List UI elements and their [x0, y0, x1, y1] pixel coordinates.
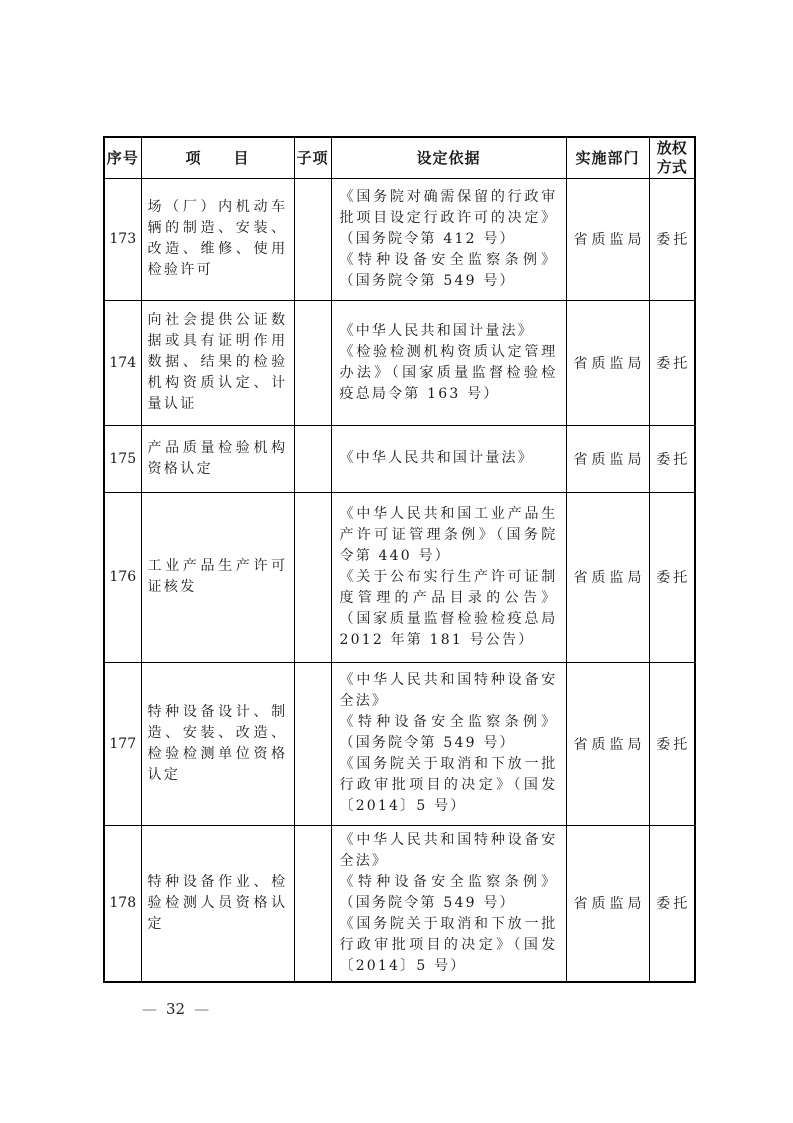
cell-basis: 《中华人民共和国特种设备安全法》 《特种设备安全监察条例》（国务院令第 549 …: [331, 825, 566, 982]
basis-paragraph: 《特种设备安全监察条例》（国务院令第 549 号）: [340, 872, 558, 914]
cell-department: 省质监局: [566, 425, 649, 492]
basis-paragraph: 《国务院关于取消和下放一批行政审批项目的决定》（国发〔2014〕5 号）: [340, 754, 558, 817]
cell-project: 工业产品生产许可证核发: [141, 492, 294, 662]
cell-project: 向社会提供公证数据或具有证明作用数据、结果的检验机构资质认定、计量认证: [141, 300, 294, 425]
basis-paragraph: 《中华人民共和国特种设备安全法》: [340, 830, 558, 872]
cell-no: 174: [104, 300, 141, 425]
cell-project: 特种设备作业、检验检测人员资格认定: [141, 825, 294, 982]
cell-basis: 《中华人民共和国特种设备安全法》 《特种设备安全监察条例》（国务院令第 549 …: [331, 662, 566, 825]
cell-department: 省质监局: [566, 178, 649, 300]
basis-paragraph: 《中华人民共和国计量法》: [340, 321, 558, 342]
basis-paragraph: 《中华人民共和国工业产品生产许可证管理条例》（国务院令第 440 号）: [340, 504, 558, 567]
cell-project: 产品质量检验机构资格认定: [141, 425, 294, 492]
basis-paragraph: 《特种设备安全监察条例》（国务院令第 549 号）: [340, 250, 558, 292]
table-row: 175 产品质量检验机构资格认定 《中华人民共和国计量法》 省质监局 委托: [104, 425, 695, 492]
basis-paragraph: 《国务院对确需保留的行政审批项目设定行政许可的决定》（国务院令第 412 号）: [340, 187, 558, 250]
cell-no: 173: [104, 178, 141, 300]
col-header-method: 放权 方式: [649, 137, 695, 178]
col-header-no: 序号: [104, 137, 141, 178]
footer-right-dash: —: [194, 1000, 209, 1018]
cell-basis: 《中华人民共和国计量法》 《检验检测机构资质认定管理办法》（国家质量监督检验检疫…: [331, 300, 566, 425]
cell-basis: 《国务院对确需保留的行政审批项目设定行政许可的决定》（国务院令第 412 号） …: [331, 178, 566, 300]
cell-subitem: [294, 178, 331, 300]
cell-method: 委托: [649, 425, 695, 492]
table-row: 173 场（厂）内机动车辆的制造、安装、改造、维修、使用检验许可 《国务院对确需…: [104, 178, 695, 300]
cell-department: 省质监局: [566, 492, 649, 662]
cell-department: 省质监局: [566, 300, 649, 425]
cell-no: 177: [104, 662, 141, 825]
cell-subitem: [294, 492, 331, 662]
cell-subitem: [294, 425, 331, 492]
col-header-project: 项 目: [141, 137, 294, 178]
basis-paragraph: 《国务院关于取消和下放一批行政审批项目的决定》（国发〔2014〕5 号）: [340, 914, 558, 977]
cell-no: 176: [104, 492, 141, 662]
cell-no: 178: [104, 825, 141, 982]
table-row: 176 工业产品生产许可证核发 《中华人民共和国工业产品生产许可证管理条例》（国…: [104, 492, 695, 662]
table-row: 178 特种设备作业、检验检测人员资格认定 《中华人民共和国特种设备安全法》 《…: [104, 825, 695, 982]
cell-no: 175: [104, 425, 141, 492]
table-row: 177 特种设备设计、制造、安装、改造、检验检测单位资格认定 《中华人民共和国特…: [104, 662, 695, 825]
delegation-items-table: 序号 项 目 子项 设定依据 实施部门 放权 方式 173 场（厂）内机动车辆的…: [103, 136, 696, 983]
cell-basis: 《中华人民共和国工业产品生产许可证管理条例》（国务院令第 440 号） 《关于公…: [331, 492, 566, 662]
basis-paragraph: 《检验检测机构资质认定管理办法》（国家质量监督检验检疫总局令第 163 号）: [340, 342, 558, 405]
cell-method: 委托: [649, 662, 695, 825]
table-row: 174 向社会提供公证数据或具有证明作用数据、结果的检验机构资质认定、计量认证 …: [104, 300, 695, 425]
basis-paragraph: 《中华人民共和国计量法》: [340, 448, 558, 469]
cell-subitem: [294, 825, 331, 982]
page-number: 32: [166, 1000, 185, 1018]
cell-method: 委托: [649, 300, 695, 425]
footer-left-dash: —: [142, 1000, 157, 1018]
cell-method: 委托: [649, 178, 695, 300]
col-header-subitem: 子项: [294, 137, 331, 178]
cell-subitem: [294, 662, 331, 825]
basis-paragraph: 《中华人民共和国特种设备安全法》: [340, 670, 558, 712]
cell-project: 特种设备设计、制造、安装、改造、检验检测单位资格认定: [141, 662, 294, 825]
cell-department: 省质监局: [566, 662, 649, 825]
cell-subitem: [294, 300, 331, 425]
table-header-row: 序号 项 目 子项 设定依据 实施部门 放权 方式: [104, 137, 695, 178]
cell-method: 委托: [649, 492, 695, 662]
col-header-basis: 设定依据: [331, 137, 566, 178]
basis-paragraph: 《特种设备安全监察条例》（国务院令第 549 号）: [340, 712, 558, 754]
document-page: 序号 项 目 子项 设定依据 实施部门 放权 方式 173 场（厂）内机动车辆的…: [0, 0, 793, 1123]
cell-basis: 《中华人民共和国计量法》: [331, 425, 566, 492]
cell-department: 省质监局: [566, 825, 649, 982]
basis-paragraph: 《关于公布实行生产许可证制度管理的产品目录的公告》（国家质量监督检验检疫总局 2…: [340, 567, 558, 651]
page-footer: —32—: [133, 1000, 218, 1018]
col-header-department: 实施部门: [566, 137, 649, 178]
cell-project: 场（厂）内机动车辆的制造、安装、改造、维修、使用检验许可: [141, 178, 294, 300]
cell-method: 委托: [649, 825, 695, 982]
